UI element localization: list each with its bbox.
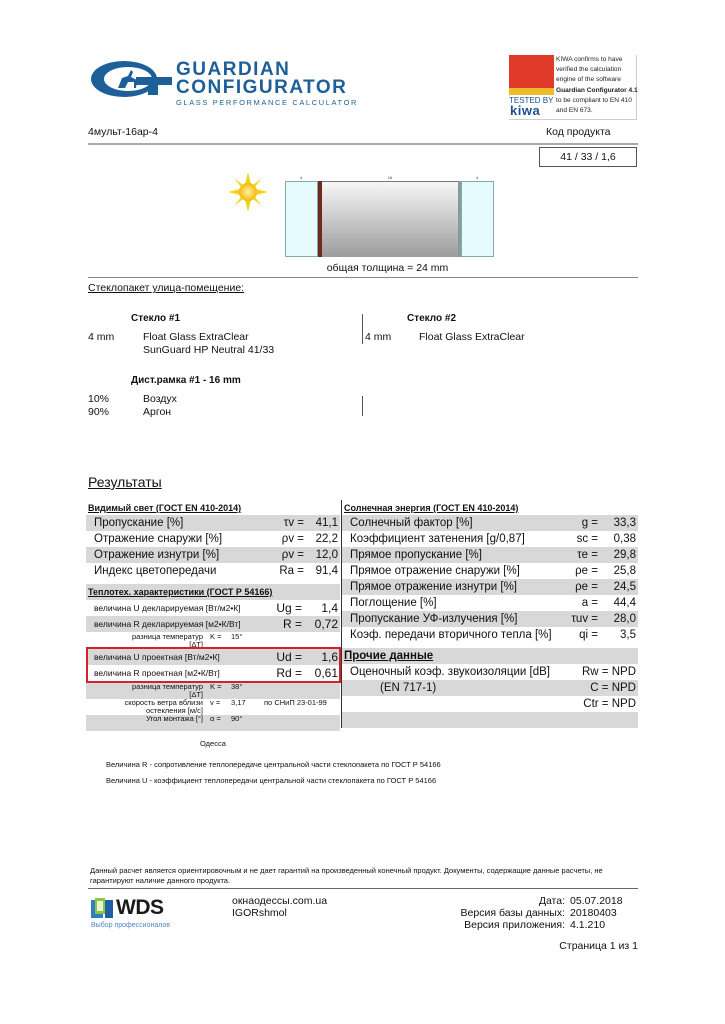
page-number: Страница 1 из 1 xyxy=(559,940,638,953)
kiwa-logo: kiwa xyxy=(510,104,540,118)
glass-pane-1 xyxy=(285,181,318,257)
site: окнаодессы.com.ua xyxy=(232,895,327,908)
brand-product: CONFIGURATOR xyxy=(176,78,347,97)
gas2-percent: 90% xyxy=(88,406,109,419)
solar-energy-label: Прямое отражение снаружи [%] xyxy=(350,563,520,579)
divider xyxy=(88,277,638,278)
spacer-heading: Дист.рамка #1 - 16 mm xyxy=(131,375,241,386)
solar-energy-label: Прямое пропускание [%] xyxy=(350,547,482,563)
solar-energy-label: Коэф. передачи вторичного тепла [%] xyxy=(350,627,552,643)
r-row: величина R декларируемая [м2•К/Вт] R = 0… xyxy=(86,616,340,632)
solar-energy-value: 29,8 xyxy=(614,547,636,563)
visible-light-label: Отражение снаружи [%] xyxy=(94,531,222,547)
dt2-row: разница температур [ΔТ] K = 38° xyxy=(86,683,340,699)
glass-pane-2 xyxy=(461,181,494,257)
solar-energy-label: Прямое отражение изнутри [%] xyxy=(350,579,517,595)
results-title: Результаты xyxy=(88,474,162,490)
sun-icon xyxy=(228,172,268,212)
solar-energy-row: Солнечный фактор [%]g =33,3 xyxy=(342,515,638,531)
wds-logo-icon xyxy=(91,898,113,918)
sound-row: Оценочный коэф. звукоизоляции [dB] Rw = … xyxy=(342,664,638,680)
ug-row: величина U декларируемая [Вт/м2•К] Ug = … xyxy=(86,600,340,616)
app-version: 4.1.210 xyxy=(570,919,605,932)
solar-energy-label: Солнечный фактор [%] xyxy=(350,515,473,531)
app-version-label: Версия приложения: xyxy=(464,919,565,932)
visible-light-row: Отражение снаружи [%]ρv =22,2 xyxy=(86,531,340,547)
kiwa-stripe xyxy=(509,88,554,95)
kiwa-statement: KIWA confirms to have verified the calcu… xyxy=(556,55,640,116)
glass1-type: Float Glass ExtraClear xyxy=(143,331,249,344)
solar-energy-symbol: ρe = xyxy=(575,579,598,595)
divider xyxy=(88,888,638,889)
glass2-type: Float Glass ExtraClear xyxy=(419,331,525,344)
visible-light-row: Отражение изнутри [%]ρv =12,0 xyxy=(86,547,340,563)
thermal-heading: Теплотех. характеристики (ГОСТ Р 54166) xyxy=(88,584,272,600)
visible-light-value: 91,4 xyxy=(316,563,338,579)
highlighted-design-values xyxy=(86,647,341,683)
solar-energy-value: 0,38 xyxy=(614,531,636,547)
gas1-name: Воздух xyxy=(143,393,177,406)
visible-light-row: Пропускание [%]τv =41,1 xyxy=(86,515,340,531)
solar-energy-symbol: sc = xyxy=(577,531,598,547)
solar-energy-symbol: qi = xyxy=(579,627,598,643)
product-name: 4мульт-16ар-4 xyxy=(88,126,158,138)
date: 05.07.2018 xyxy=(570,895,623,908)
solar-energy-value: 3,5 xyxy=(620,627,636,643)
glass2-thickness: 4 mm xyxy=(365,331,391,344)
wind-row: скорость ветра вблизи остекления [м/с] v… xyxy=(86,699,340,715)
visible-light-label: Индекс цветопередачи xyxy=(94,563,216,579)
glass1-coating: SunGuard HP Neutral 41/33 xyxy=(143,344,274,357)
solar-energy-symbol: τe = xyxy=(577,547,598,563)
visible-light-label: Отражение изнутри [%] xyxy=(94,547,219,563)
solar-energy-value: 25,8 xyxy=(614,563,636,579)
user: IGORshmol xyxy=(232,907,287,920)
empty-row xyxy=(342,712,638,728)
gas2-name: Аргон xyxy=(143,406,171,419)
gap-thickness-label: 16 xyxy=(383,175,397,180)
brand-tagline: GLASS PERFORMANCE CALCULATOR xyxy=(176,98,358,107)
solar-energy-row: Поглощение [%]a =44,4 xyxy=(342,595,638,611)
glass1-heading: Стекло #1 xyxy=(131,313,180,324)
wds-logo: WDS xyxy=(116,896,164,920)
wds-tagline: Выбор профессионалов xyxy=(91,922,170,929)
city: Одесса xyxy=(200,740,226,748)
solar-energy-row: Коэффициент затенения [g/0,87]sc =0,38 xyxy=(342,531,638,547)
solar-energy-label: Поглощение [%] xyxy=(350,595,437,611)
solar-energy-symbol: a = xyxy=(582,595,598,611)
glass1-thickness: 4 mm xyxy=(88,331,114,344)
solar-energy-symbol: τuv = xyxy=(571,611,598,627)
solar-energy-label: Коэффициент затенения [g/0,87] xyxy=(350,531,525,547)
total-thickness: общая толщина = 24 mm xyxy=(0,262,725,274)
solar-energy-value: 24,5 xyxy=(614,579,636,595)
glass2-heading: Стекло #2 xyxy=(407,313,456,324)
divider xyxy=(88,143,638,145)
date-label: Дата: xyxy=(539,895,565,908)
guardian-logo-icon xyxy=(90,60,172,98)
gas-gap xyxy=(322,181,459,257)
pane1-thickness-label: 4 xyxy=(295,175,307,180)
unit-title: Стеклопакет улица-помещение: xyxy=(88,282,244,294)
note-r: Величина R - сопротивление теплопередаче… xyxy=(106,760,441,769)
thermal-heading-row: Теплотех. характеристики (ГОСТ Р 54166) xyxy=(86,584,340,600)
ctr-row: Ctr = NPD xyxy=(342,696,638,712)
solar-energy-row: Коэф. передачи вторичного тепла [%]qi =3… xyxy=(342,627,638,643)
db-version-label: Версия базы данных: xyxy=(461,907,565,920)
visible-light-value: 12,0 xyxy=(316,547,338,563)
column-divider xyxy=(362,396,363,416)
solar-energy-heading: Солнечная энергия (ГОСТ EN 410-2014) xyxy=(344,503,518,513)
visible-light-value: 22,2 xyxy=(316,531,338,547)
solar-energy-symbol: ρe = xyxy=(575,563,598,579)
visible-light-symbol: ρv = xyxy=(282,531,304,547)
solar-energy-row: Пропускание УФ-излучения [%]τuv =28,0 xyxy=(342,611,638,627)
solar-energy-value: 33,3 xyxy=(614,515,636,531)
column-divider xyxy=(362,314,363,344)
pane2-thickness-label: 4 xyxy=(471,175,483,180)
product-code-label: Код продукта xyxy=(546,126,611,138)
solar-energy-row: Прямое отражение изнутри [%]ρe =24,5 xyxy=(342,579,638,595)
visible-light-value: 41,1 xyxy=(316,515,338,531)
solar-energy-row: Прямое отражение снаружи [%]ρe =25,8 xyxy=(342,563,638,579)
visible-light-symbol: ρv = xyxy=(282,547,304,563)
visible-light-symbol: τv = xyxy=(284,515,304,531)
solar-energy-label: Пропускание УФ-излучения [%] xyxy=(350,611,517,627)
solar-energy-row: Прямое пропускание [%]τe =29,8 xyxy=(342,547,638,563)
visible-light-symbol: Ra = xyxy=(279,563,304,579)
visible-light-heading: Видимый свет (ГОСТ EN 410-2014) xyxy=(88,503,241,513)
gas1-percent: 10% xyxy=(88,393,109,406)
disclaimer: Данный расчет является ориентировочным и… xyxy=(90,866,640,886)
visible-light-label: Пропускание [%] xyxy=(94,515,183,531)
solar-energy-value: 28,0 xyxy=(614,611,636,627)
visible-light-row: Индекс цветопередачиRa =91,4 xyxy=(86,563,340,579)
product-code: 41 / 33 / 1,6 xyxy=(539,147,637,167)
solar-energy-symbol: g = xyxy=(582,515,598,531)
db-version: 20180403 xyxy=(570,907,617,920)
solar-energy-value: 44,4 xyxy=(614,595,636,611)
sound-std-row: (EN 717-1) C = NPD xyxy=(342,680,638,696)
note-u: Величина U - коэффициент теплопередачи ц… xyxy=(106,776,436,785)
angle-row: Угол монтажа [°] α = 90° xyxy=(86,715,340,731)
other-heading-row: Прочие данные xyxy=(342,648,638,664)
